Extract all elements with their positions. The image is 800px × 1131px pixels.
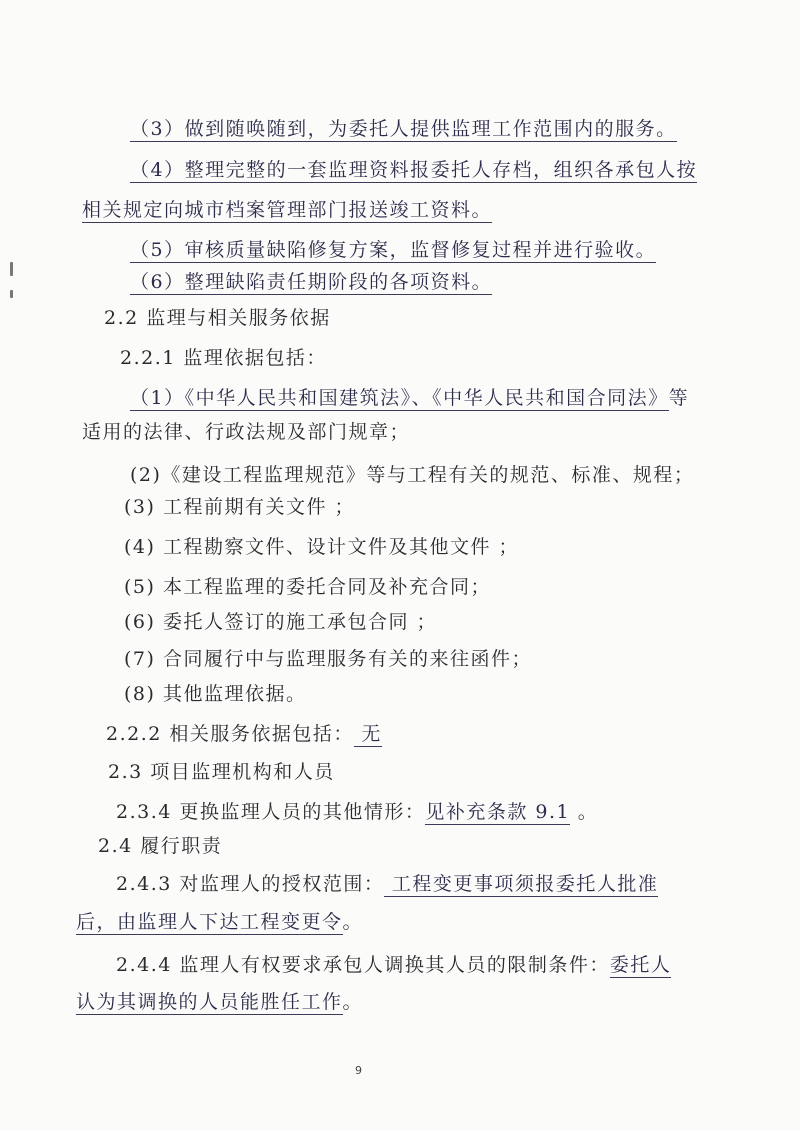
clause-text: 相关规定向城市档案管理部门报送竣工资料。 [82, 199, 492, 223]
clause-6: （6）整理缺陷责任期阶段的各项资料。 [130, 270, 492, 294]
field-tail: 。 [343, 911, 364, 933]
clause-3: （3）做到随唤随到，为委托人提供监理工作范围内的服务。 [130, 117, 677, 141]
clause-text: （5）审核质量缺陷修复方案，监督修复过程并进行验收。 [130, 239, 656, 263]
section-2-2-heading: 2.2 监理与相关服务依据 [104, 306, 331, 330]
field-label: 2.4.3 对监理人的授权范围： [116, 873, 384, 895]
clause-text: （3）做到随唤随到，为委托人提供监理工作范围内的服务。 [130, 118, 677, 142]
basis-2: (2)《建设工程监理规范》等与工程有关的规范、标准、规程； [130, 463, 694, 487]
field-tail: 。 [570, 801, 598, 823]
field-value: 工程变更事项须报委托人批准 [384, 873, 658, 897]
section-2-2-2: 2.2.2 相关服务依据包括： 无 [106, 722, 382, 746]
field-value: 见补充条款 9.1 [425, 801, 570, 825]
field-value: 无 [354, 723, 382, 747]
binding-mark [10, 290, 13, 298]
basis-7: (7) 合同履行中与监理服务有关的来往函件； [124, 647, 532, 671]
field-label: 2.2.2 相关服务依据包括： [106, 723, 354, 745]
page-number: 9 [355, 1064, 362, 1077]
field-label: 2.3.4 更换监理人员的其他情形： [116, 801, 425, 823]
section-2-4-3: 2.4.3 对监理人的授权范围： 工程变更事项须报委托人批准 [116, 872, 658, 896]
basis-3: (3) 工程前期有关文件 ； [124, 495, 355, 519]
clause-4: （4）整理完整的一套监理资料报委托人存档，组织各承包人按 [130, 158, 697, 182]
basis-tail: 等 [669, 387, 690, 409]
section-2-3-heading: 2.3 项目监理机构和人员 [108, 760, 335, 784]
field-label: 2.4.4 监理人有权要求承包人调换其人员的限制条件： [116, 954, 610, 976]
clause-4-cont: 相关规定向城市档案管理部门报送竣工资料。 [82, 198, 492, 222]
section-2-4-3-cont: 后，由监理人下达工程变更令。 [76, 910, 363, 934]
basis-text: （1）《中华人民共和国建筑法》、《中华人民共和国合同法》 [130, 387, 669, 411]
field-tail: 。 [343, 991, 364, 1013]
field-value: 认为其调换的人员能胜任工作 [76, 991, 343, 1015]
binding-mark [10, 262, 13, 276]
clause-text: （4）整理完整的一套监理资料报委托人存档，组织各承包人按 [130, 159, 697, 183]
section-2-4-heading: 2.4 履行职责 [98, 834, 222, 858]
field-value: 后，由监理人下达工程变更令 [76, 911, 343, 935]
section-2-3-4: 2.3.4 更换监理人员的其他情形：见补充条款 9.1 。 [116, 800, 598, 824]
basis-4: (4) 工程勘察文件、设计文件及其他文件 ； [124, 535, 519, 559]
basis-1-cont: 适用的法律、行政法规及部门规章； [82, 420, 410, 444]
clause-5: （5）审核质量缺陷修复方案，监督修复过程并进行验收。 [130, 238, 656, 262]
clause-text: （6）整理缺陷责任期阶段的各项资料。 [130, 271, 492, 295]
section-2-2-1-heading: 2.2.1 监理依据包括： [120, 346, 327, 370]
field-value: 委托人 [610, 954, 672, 978]
basis-6: (6) 委托人签订的施工承包合同 ； [124, 610, 437, 634]
section-2-4-4-cont: 认为其调换的人员能胜任工作。 [76, 990, 363, 1014]
basis-8: (8) 其他监理依据。 [124, 682, 306, 706]
basis-1: （1）《中华人民共和国建筑法》、《中华人民共和国合同法》等 [130, 386, 689, 410]
basis-5: (5) 本工程监理的委托合同及补充合同； [124, 575, 491, 599]
section-2-4-4: 2.4.4 监理人有权要求承包人调换其人员的限制条件：委托人 [116, 953, 671, 977]
